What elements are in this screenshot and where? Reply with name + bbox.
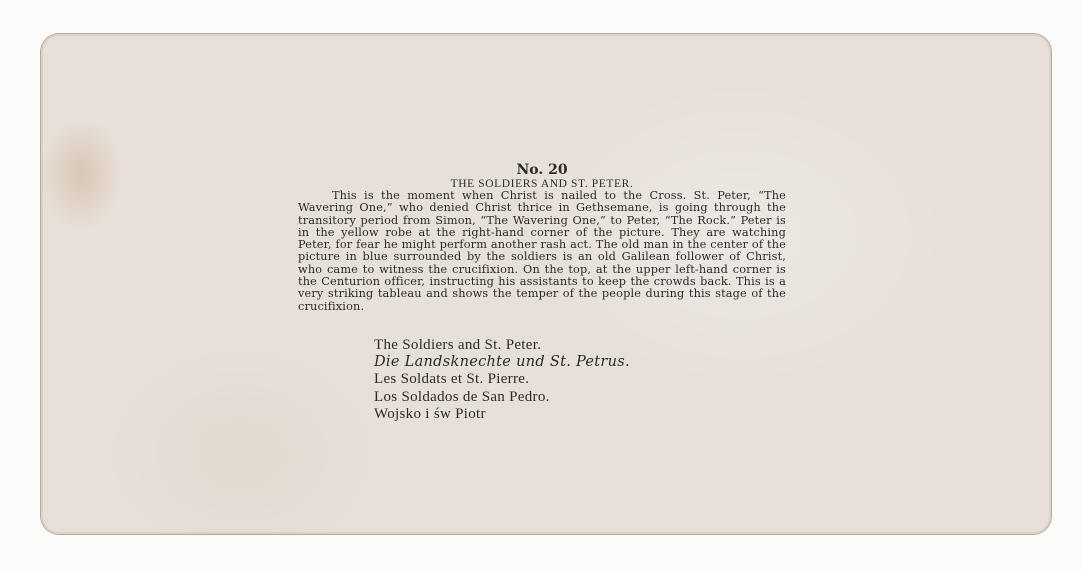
translation-german: Die Landsknechte und St. Petrus.	[374, 354, 630, 371]
translation-polish: Wojsko i św Piotr	[374, 406, 630, 423]
stereoview-card-back: No. 20 THE SOLDIERS AND ST. PETER. This …	[41, 34, 1051, 534]
card-description: This is the moment when Christ is nailed…	[298, 190, 786, 313]
translation-spanish: Los Soldados de San Pedro.	[374, 389, 630, 406]
translation-english: The Soldiers and St. Peter.	[374, 337, 630, 354]
caption-block: No. 20 THE SOLDIERS AND ST. PETER. This …	[298, 162, 786, 313]
translation-french: Les Soldats et St. Pierre.	[374, 371, 630, 388]
translations-list: The Soldiers and St. Peter. Die Landskne…	[374, 337, 630, 423]
card-number: No. 20	[298, 162, 786, 178]
